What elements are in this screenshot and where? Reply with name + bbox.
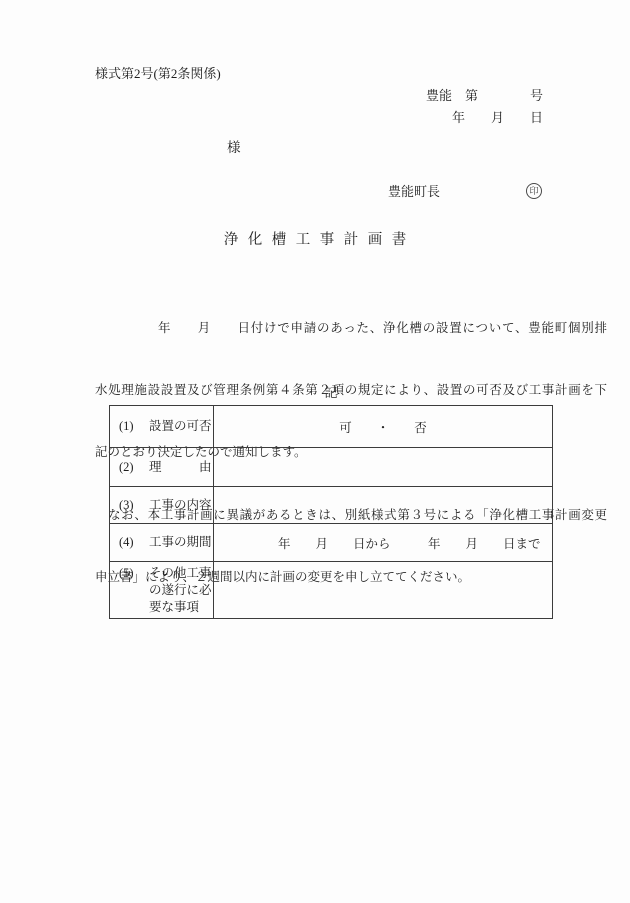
table-row-other-matters: (5) その他工事の遂行に必要な事項 bbox=[110, 562, 553, 619]
row-label: 工事の内容 bbox=[149, 497, 213, 514]
row-label-cell: (1) 設置の可否 bbox=[110, 406, 214, 448]
document-title: 浄化槽工事計画書 bbox=[0, 228, 630, 249]
table-row-work-period: (4) 工事の期間 年 月 日から 年 月 日まで bbox=[110, 524, 553, 562]
row-label: 理 由 bbox=[149, 459, 213, 476]
row-label: その他工事の遂行に必要な事項 bbox=[149, 565, 213, 616]
row-value-cell: 可 ・ 否 bbox=[214, 406, 553, 448]
row-value-cell bbox=[214, 448, 553, 487]
document-reference-number: 豊能 第 号 bbox=[426, 85, 543, 104]
document-page: 様式第2号(第2条関係) 豊能 第 号 年 月 日 様 豊能町長 印 浄化槽工事… bbox=[0, 0, 630, 903]
body-line: 年 月 日付けで申請のあった、浄化槽の設置について、豊能町個別排 bbox=[95, 318, 607, 339]
addressee-suffix: 様 bbox=[227, 136, 241, 156]
table-row-reason: (2) 理 由 bbox=[110, 448, 553, 487]
row-value-cell: 年 月 日から 年 月 日まで bbox=[214, 524, 553, 562]
form-number: 様式第2号(第2条関係) bbox=[95, 63, 221, 82]
row-label: 工事の期間 bbox=[149, 534, 213, 551]
row-label-cell: (2) 理 由 bbox=[110, 448, 214, 487]
row-number: (2) bbox=[119, 459, 149, 476]
row-label-cell: (5) その他工事の遂行に必要な事項 bbox=[110, 562, 214, 619]
ki-marker: 記 bbox=[109, 382, 553, 401]
row-label-cell: (4) 工事の期間 bbox=[110, 524, 214, 562]
row-value-cell bbox=[214, 562, 553, 619]
decision-table: (1) 設置の可否 可 ・ 否 (2) 理 由 (3) 工事の内容 bbox=[109, 405, 553, 619]
row-number: (1) bbox=[119, 418, 149, 435]
row-number: (3) bbox=[119, 497, 149, 514]
seal-icon: 印 bbox=[526, 183, 542, 199]
row-label: 設置の可否 bbox=[149, 418, 213, 435]
table-row-installation-approval: (1) 設置の可否 可 ・ 否 bbox=[110, 406, 553, 448]
row-label-cell: (3) 工事の内容 bbox=[110, 487, 214, 524]
table-row-work-details: (3) 工事の内容 bbox=[110, 487, 553, 524]
row-number: (4) bbox=[119, 534, 149, 551]
sender-title: 豊能町長 bbox=[388, 181, 440, 200]
row-number: (5) bbox=[119, 565, 149, 582]
issue-date-line: 年 月 日 bbox=[452, 107, 543, 126]
row-value-cell bbox=[214, 487, 553, 524]
